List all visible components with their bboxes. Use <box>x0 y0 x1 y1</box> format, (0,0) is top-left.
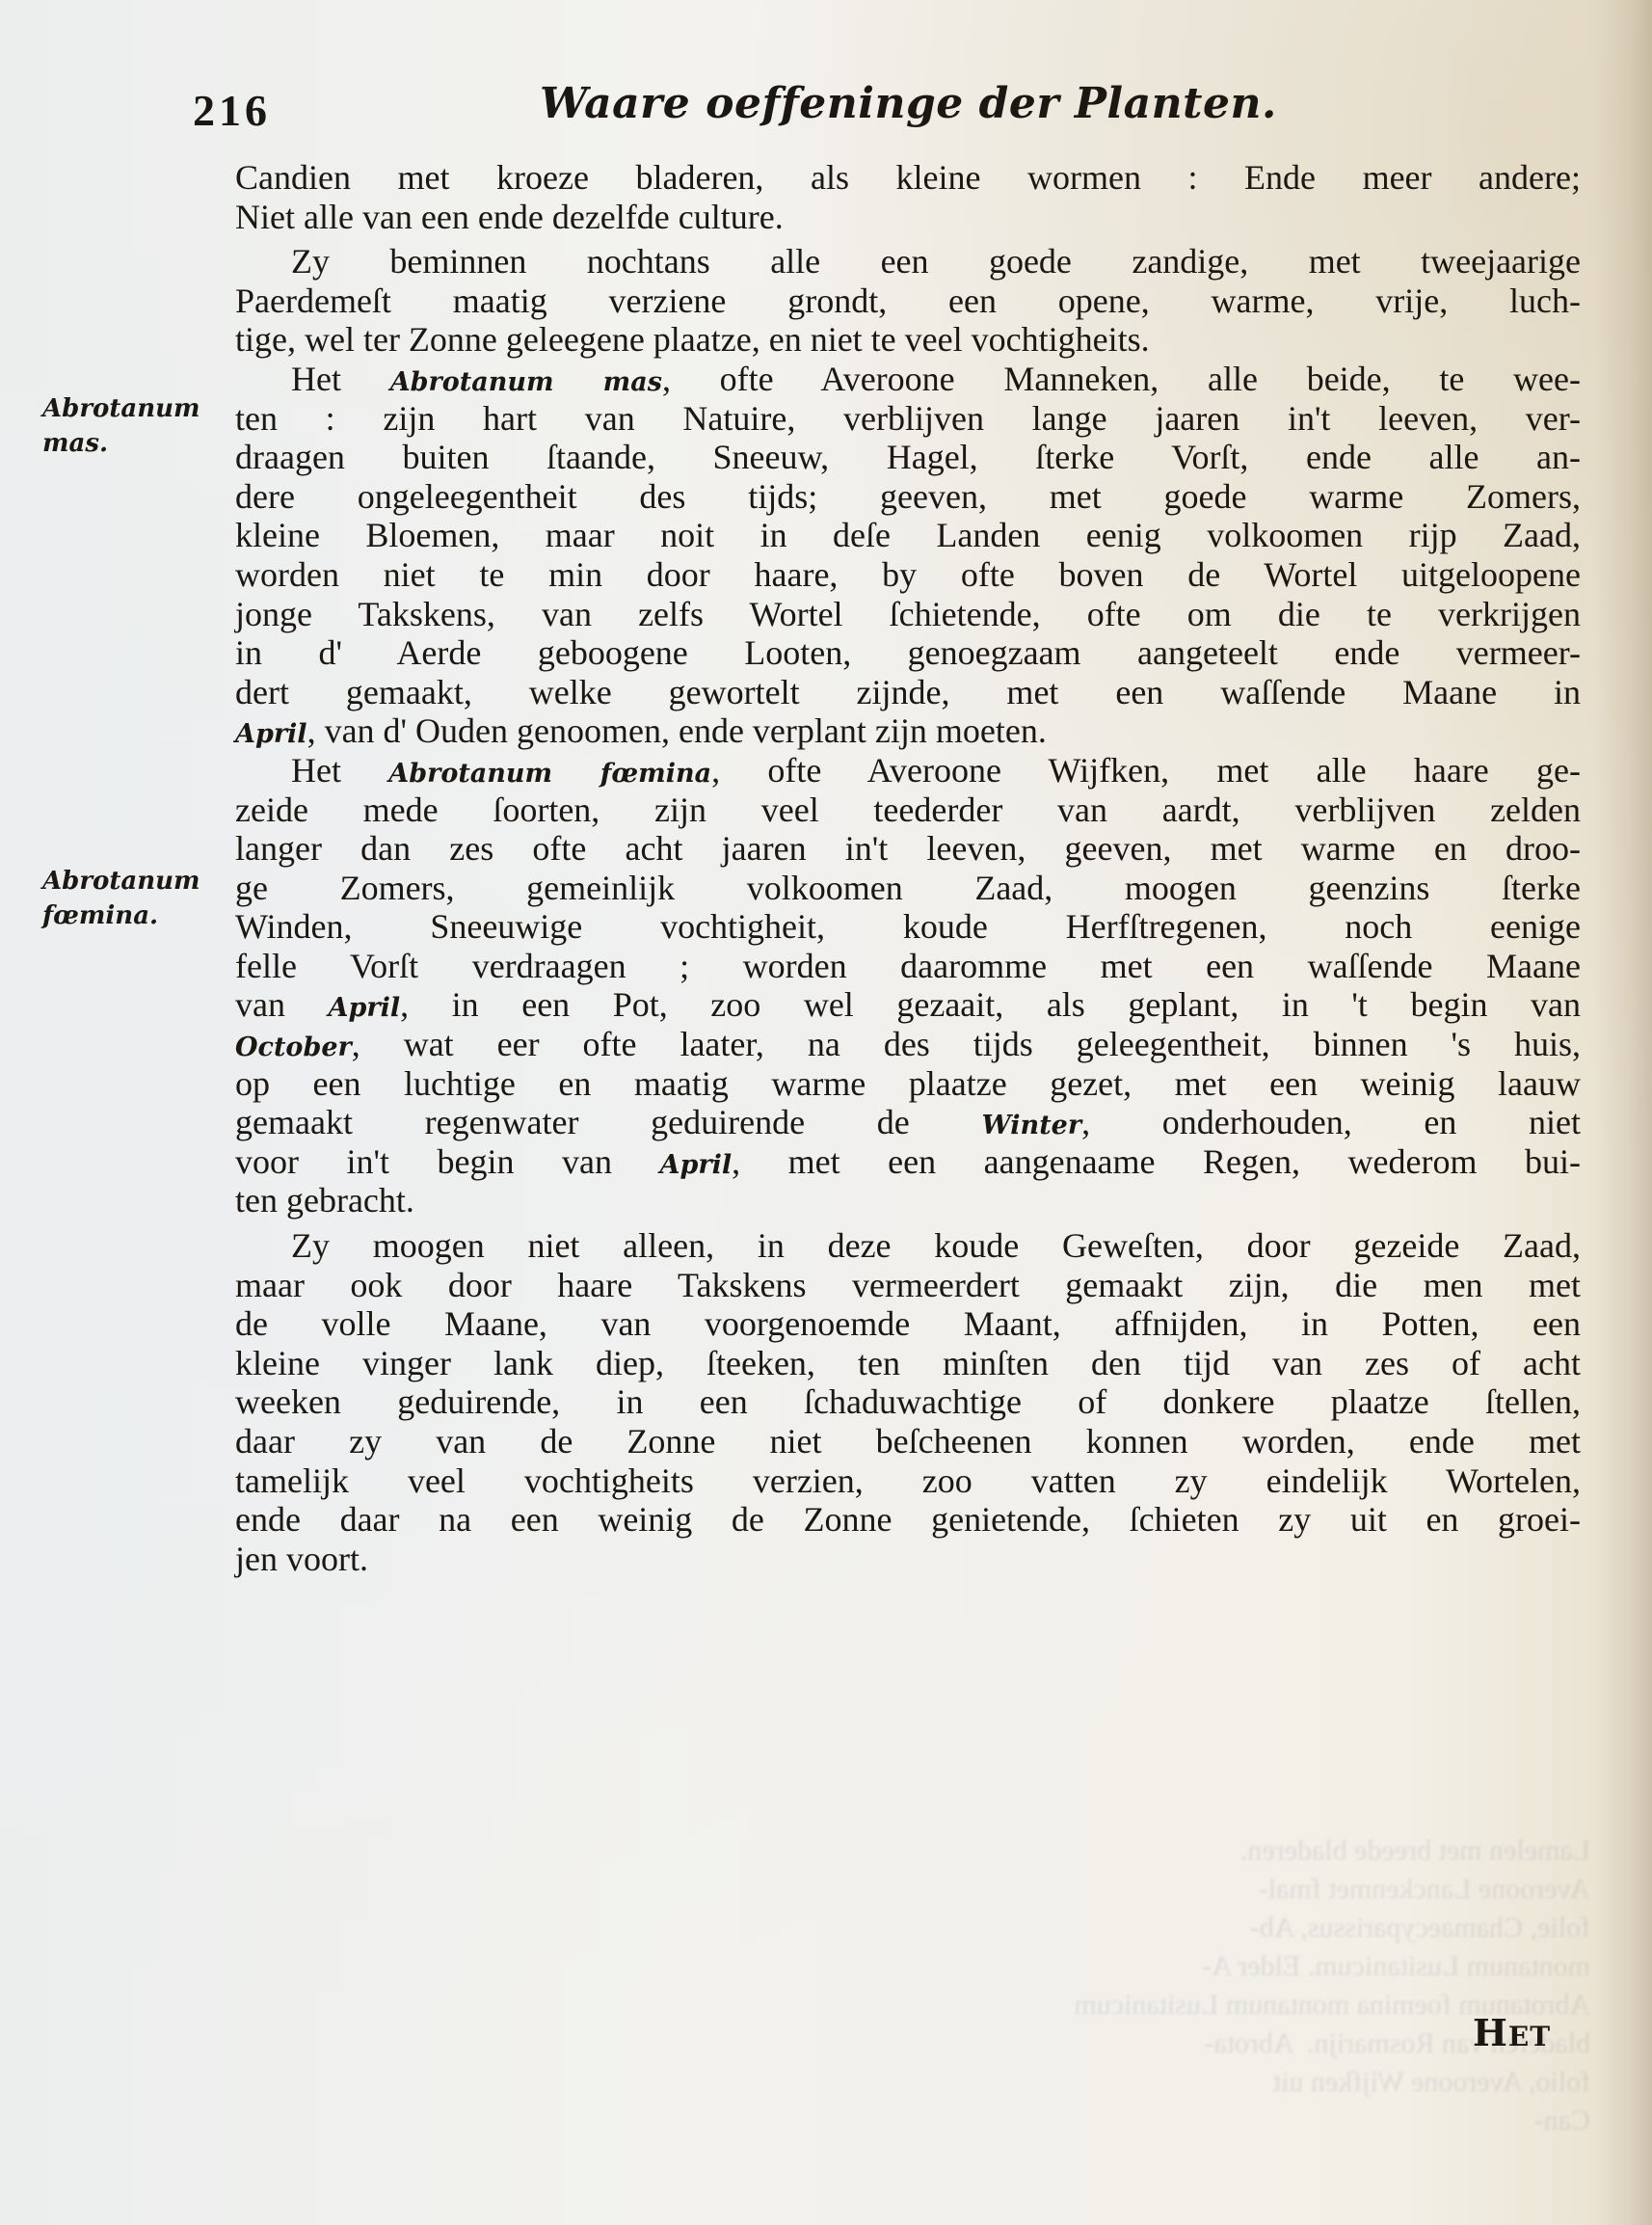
text-line: ten : zijn hart van Natuire, verblijven … <box>235 399 1581 439</box>
running-title: Waare oeffeninge der Planten. <box>540 79 1277 128</box>
paragraph-start: Het Abrotanum mas, ofte Averoone Manneke… <box>235 360 1581 399</box>
text-line: maar ook door haare Takskens vermeerdert… <box>235 1266 1581 1305</box>
text-line: kleine Bloemen, maar noit in deſe Landen… <box>235 516 1581 555</box>
text-line: October, wat eer ofte laater, na des tij… <box>235 1025 1581 1064</box>
body-text: Candien met kroeze bladeren, als kleine … <box>235 158 1581 1578</box>
text-line: in d' Aerde geboogene Looten, genoegzaam… <box>235 633 1581 673</box>
text-line: voor in't begin van April, met een aange… <box>235 1142 1581 1182</box>
text-line: Winden, Sneeuwige vochtigheit, koude Her… <box>235 907 1581 947</box>
text-line: zeide mede ſoorten, zijn veel teederder … <box>235 791 1581 830</box>
book-page: Lamelen met breede bladeren. Averoone La… <box>0 0 1652 2225</box>
text-line: Niet alle van een ende dezelfde culture. <box>235 198 1581 237</box>
text-line: daar zy van de Zonne niet beſcheenen kon… <box>235 1422 1581 1461</box>
text-line: langer dan zes ofte acht jaaren in't lee… <box>235 829 1581 869</box>
text-line: ge Zomers, gemeinlijk volkoomen Zaad, mo… <box>235 869 1581 908</box>
text-line: weeken geduirende, in een ſchaduwachtige… <box>235 1382 1581 1422</box>
text-line: gemaakt regenwater geduirende de Winter,… <box>235 1103 1581 1142</box>
italic-term: Winter <box>981 1111 1081 1140</box>
text-line: dere ongeleegentheit des tijds; geeven, … <box>235 477 1581 517</box>
text-line: Paerdemeſt maatig verziene grondt, een o… <box>235 281 1581 321</box>
italic-term: April <box>660 1150 733 1180</box>
paragraph-start: Zy moogen niet alleen, in deze koude Gew… <box>235 1226 1581 1266</box>
italic-term: Abrotanum mas <box>390 367 662 397</box>
text-line: tamelijk veel vochtigheits verzien, zoo … <box>235 1461 1581 1501</box>
margin-note-line: Abrotanum <box>42 864 235 898</box>
page-edge-shadow <box>1594 0 1652 2225</box>
text-line: ten gebracht. <box>235 1181 1581 1220</box>
italic-term: October <box>235 1032 352 1062</box>
italic-term: April <box>329 993 401 1023</box>
text-line: worden niet te min door haare, by ofte b… <box>235 555 1581 595</box>
margin-note-line: mas. <box>42 426 235 461</box>
text-line: draagen buiten ſtaande, Sneeuw, Hagel, ſ… <box>235 438 1581 477</box>
margin-note-line: fœmina. <box>42 898 235 933</box>
catchword: HET <box>1473 2011 1551 2054</box>
text-line: jen voort. <box>235 1540 1581 1579</box>
text-line: April, van d' Ouden genoomen, ende verpl… <box>235 711 1581 751</box>
text-line: van April, in een Pot, zoo wel gezaait, … <box>235 985 1581 1025</box>
margin-note-abrotanum-mas: Abrotanum mas. <box>42 391 235 461</box>
text-line: felle Vorſt verdraagen ; worden daaromme… <box>235 947 1581 986</box>
margin-note-line: Abrotanum <box>42 391 235 426</box>
text-line: de volle Maane, van voorgenoemde Maant, … <box>235 1304 1581 1344</box>
margin-note-abrotanum-foemina: Abrotanum fœmina. <box>42 864 235 933</box>
text-line: dert gemaakt, welke gewortelt zijnde, me… <box>235 673 1581 712</box>
text-line: ende daar na een weinig de Zonne geniete… <box>235 1500 1581 1540</box>
italic-term: April <box>235 719 307 749</box>
page-header: 216 Waare oeffeninge der Planten. <box>193 79 1542 137</box>
italic-term: Abrotanum fœmina <box>388 759 711 789</box>
text-line: Candien met kroeze bladeren, als kleine … <box>235 158 1581 198</box>
bleed-through-text: Lamelen met breede bladeren. Averoone La… <box>241 1832 1590 2140</box>
text-line: kleine vinger lank diep, ſteeken, ten mi… <box>235 1344 1581 1383</box>
text-line: op een luchtige en maatig warme plaatze … <box>235 1064 1581 1104</box>
paragraph-start: Zy beminnen nochtans alle een goede zand… <box>235 242 1581 281</box>
page-number: 216 <box>193 85 271 136</box>
paragraph-start: Het Abrotanum fœmina, ofte Averoone Wijf… <box>235 751 1581 791</box>
text-line: tige, wel ter Zonne geleegene plaatze, e… <box>235 320 1581 360</box>
text-line: jonge Takskens, van zelfs Wortel ſchiete… <box>235 595 1581 634</box>
